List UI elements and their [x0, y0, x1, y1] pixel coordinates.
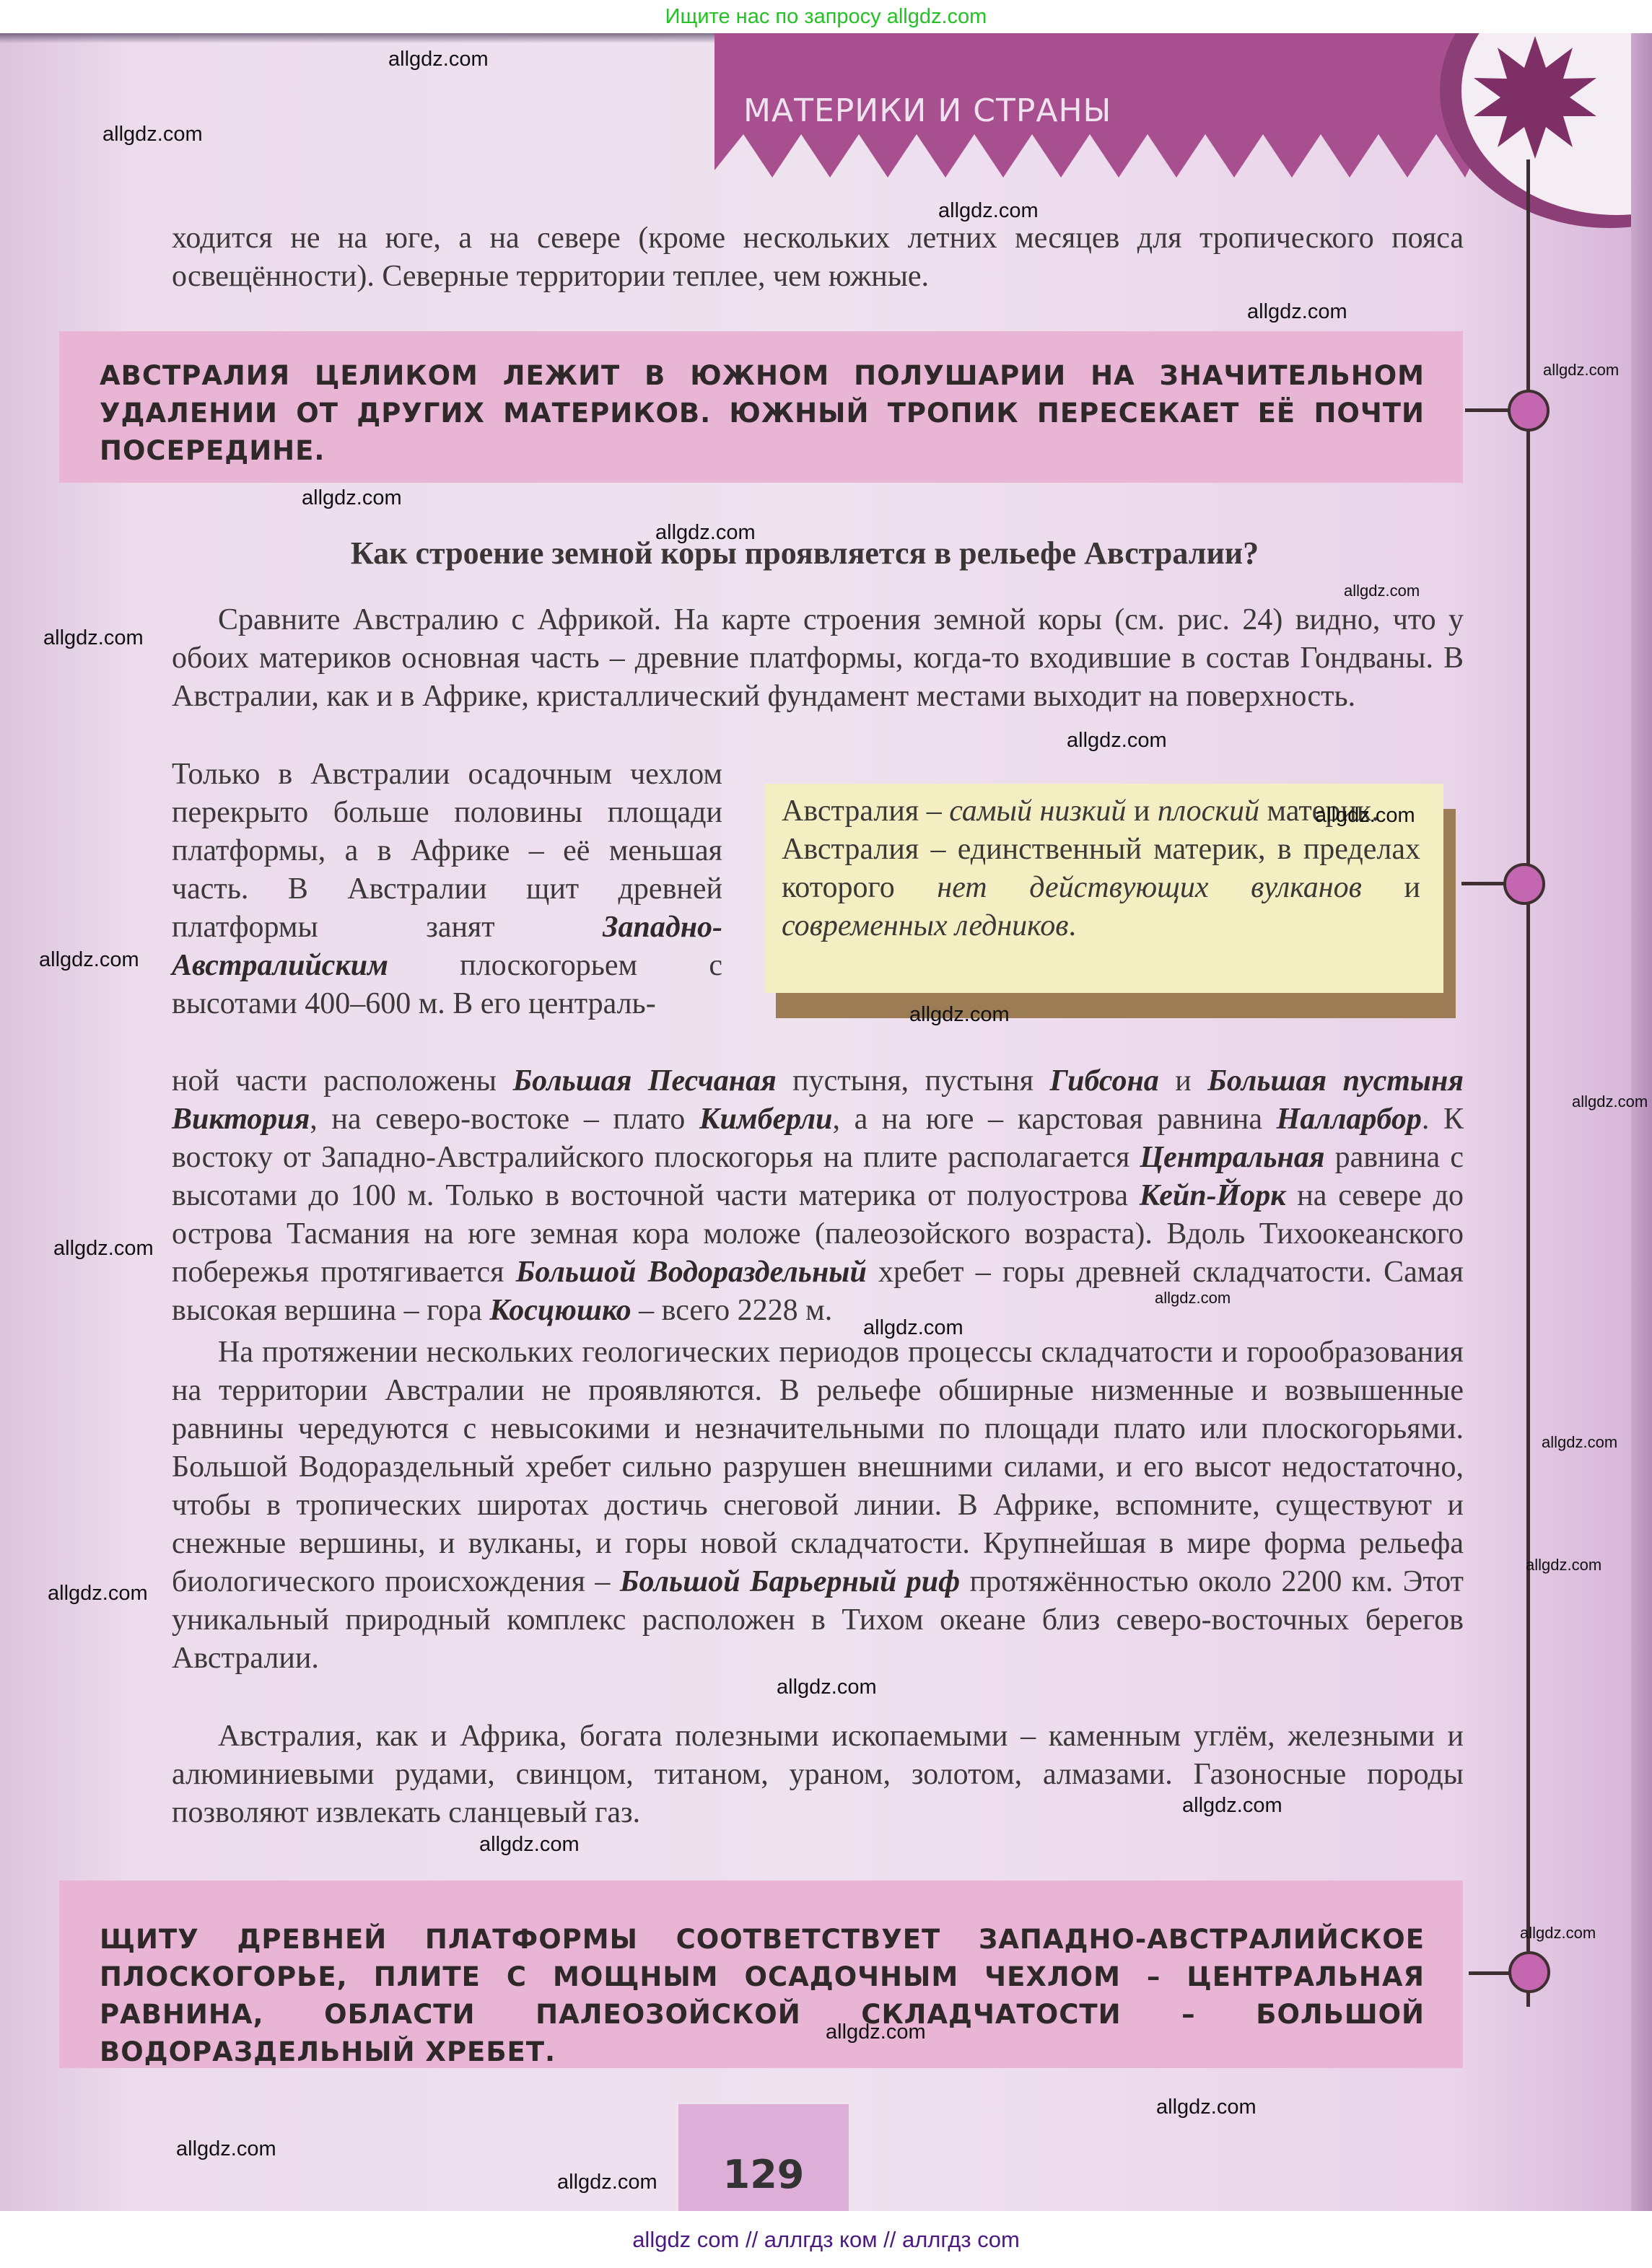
watermark: allgdz.com — [1067, 729, 1167, 753]
star-emblem-icon — [1436, 33, 1652, 271]
timeline-dot — [1508, 390, 1550, 432]
watermark: allgdz.com — [1156, 2096, 1257, 2119]
watermark: allgdz.com — [39, 948, 139, 972]
watermark: allgdz.com — [388, 48, 489, 71]
watermark: allgdz.com — [777, 1676, 877, 1699]
timeline-dot — [1503, 863, 1545, 905]
watermark: allgdz.com — [479, 1833, 580, 1857]
watermark: allgdz.com — [1520, 1924, 1596, 1943]
watermark: allgdz.com — [48, 1582, 148, 1606]
site-footer-banner[interactable]: allgdz com // аллгдз ком // аллгдз com — [0, 2211, 1652, 2268]
watermark: allgdz.com — [102, 123, 203, 146]
watermark: allgdz.com — [1315, 804, 1415, 828]
watermark: allgdz.com — [43, 626, 144, 650]
watermark: allgdz.com — [826, 2020, 926, 2044]
paragraph-2-left-column: Только в Австралии осадочным чехлом пере… — [172, 756, 722, 1023]
textbook-page: МАТЕРИКИ И СТРАНЫ ходится не на юге, а н… — [0, 33, 1652, 2211]
book-spine-edge — [1631, 33, 1652, 2211]
watermark: allgdz.com — [655, 521, 756, 545]
watermark: allgdz.com — [1526, 1556, 1601, 1575]
watermark: allgdz.com — [1155, 1289, 1231, 1308]
term-great-barrier-reef: Большой Барьерный риф — [620, 1565, 960, 1598]
page-edge-shadow — [0, 33, 794, 43]
watermark: allgdz.com — [863, 1316, 963, 1340]
watermark: allgdz.com — [557, 2171, 657, 2194]
key-fact-callout-bottom: ЩИТУ ДРЕВНЕЙ ПЛАТФОРМЫ СООТВЕТСТВУЕТ ЗАП… — [59, 1880, 1463, 2068]
site-search-banner[interactable]: Ищите нас по запросу allgdz.com — [0, 0, 1652, 33]
section-title: МАТЕРИКИ И СТРАНЫ — [743, 92, 1111, 129]
watermark: allgdz.com — [909, 1003, 1010, 1027]
callout-text: ЩИТУ ДРЕВНЕЙ ПЛАТФОРМЫ СООТВЕТСТВУЕТ ЗАП… — [100, 1921, 1425, 2071]
watermark: allgdz.com — [1542, 1433, 1617, 1452]
intro-paragraph: ходится не на юге, а на севере (кроме не… — [172, 219, 1464, 296]
watermark: allgdz.com — [1247, 300, 1347, 324]
callout-text: АВСТРАЛИЯ ЦЕЛИКОМ ЛЕЖИТ В ЮЖНОМ ПОЛУШАРИ… — [100, 357, 1425, 470]
watermark: allgdz.com — [53, 1237, 154, 1261]
paragraph-1: Сравните Австралию с Африкой. На карте с… — [172, 601, 1464, 716]
watermark: allgdz.com — [1344, 582, 1420, 600]
watermark: allgdz.com — [938, 199, 1039, 223]
watermark: allgdz.com — [176, 2137, 276, 2161]
watermark: allgdz.com — [302, 486, 402, 510]
key-fact-callout-top: АВСТРАЛИЯ ЦЕЛИКОМ ЛЕЖИТ В ЮЖНОМ ПОЛУШАРИ… — [59, 331, 1463, 483]
watermark: allgdz.com — [1182, 1794, 1282, 1818]
page-number: 129 — [678, 2152, 849, 2197]
watermark: allgdz.com — [1543, 361, 1619, 380]
paragraph-2-full-width: ной части расположены Большая Песчаная п… — [172, 1062, 1464, 1330]
timeline-line — [1526, 159, 1530, 2007]
timeline-dot — [1508, 1951, 1550, 1993]
watermark: allgdz.com — [1572, 1093, 1648, 1111]
section-heading: Как строение земной коры проявляется в р… — [144, 535, 1465, 572]
paragraph-3: На протяжении нескольких геологических п… — [172, 1334, 1464, 1678]
